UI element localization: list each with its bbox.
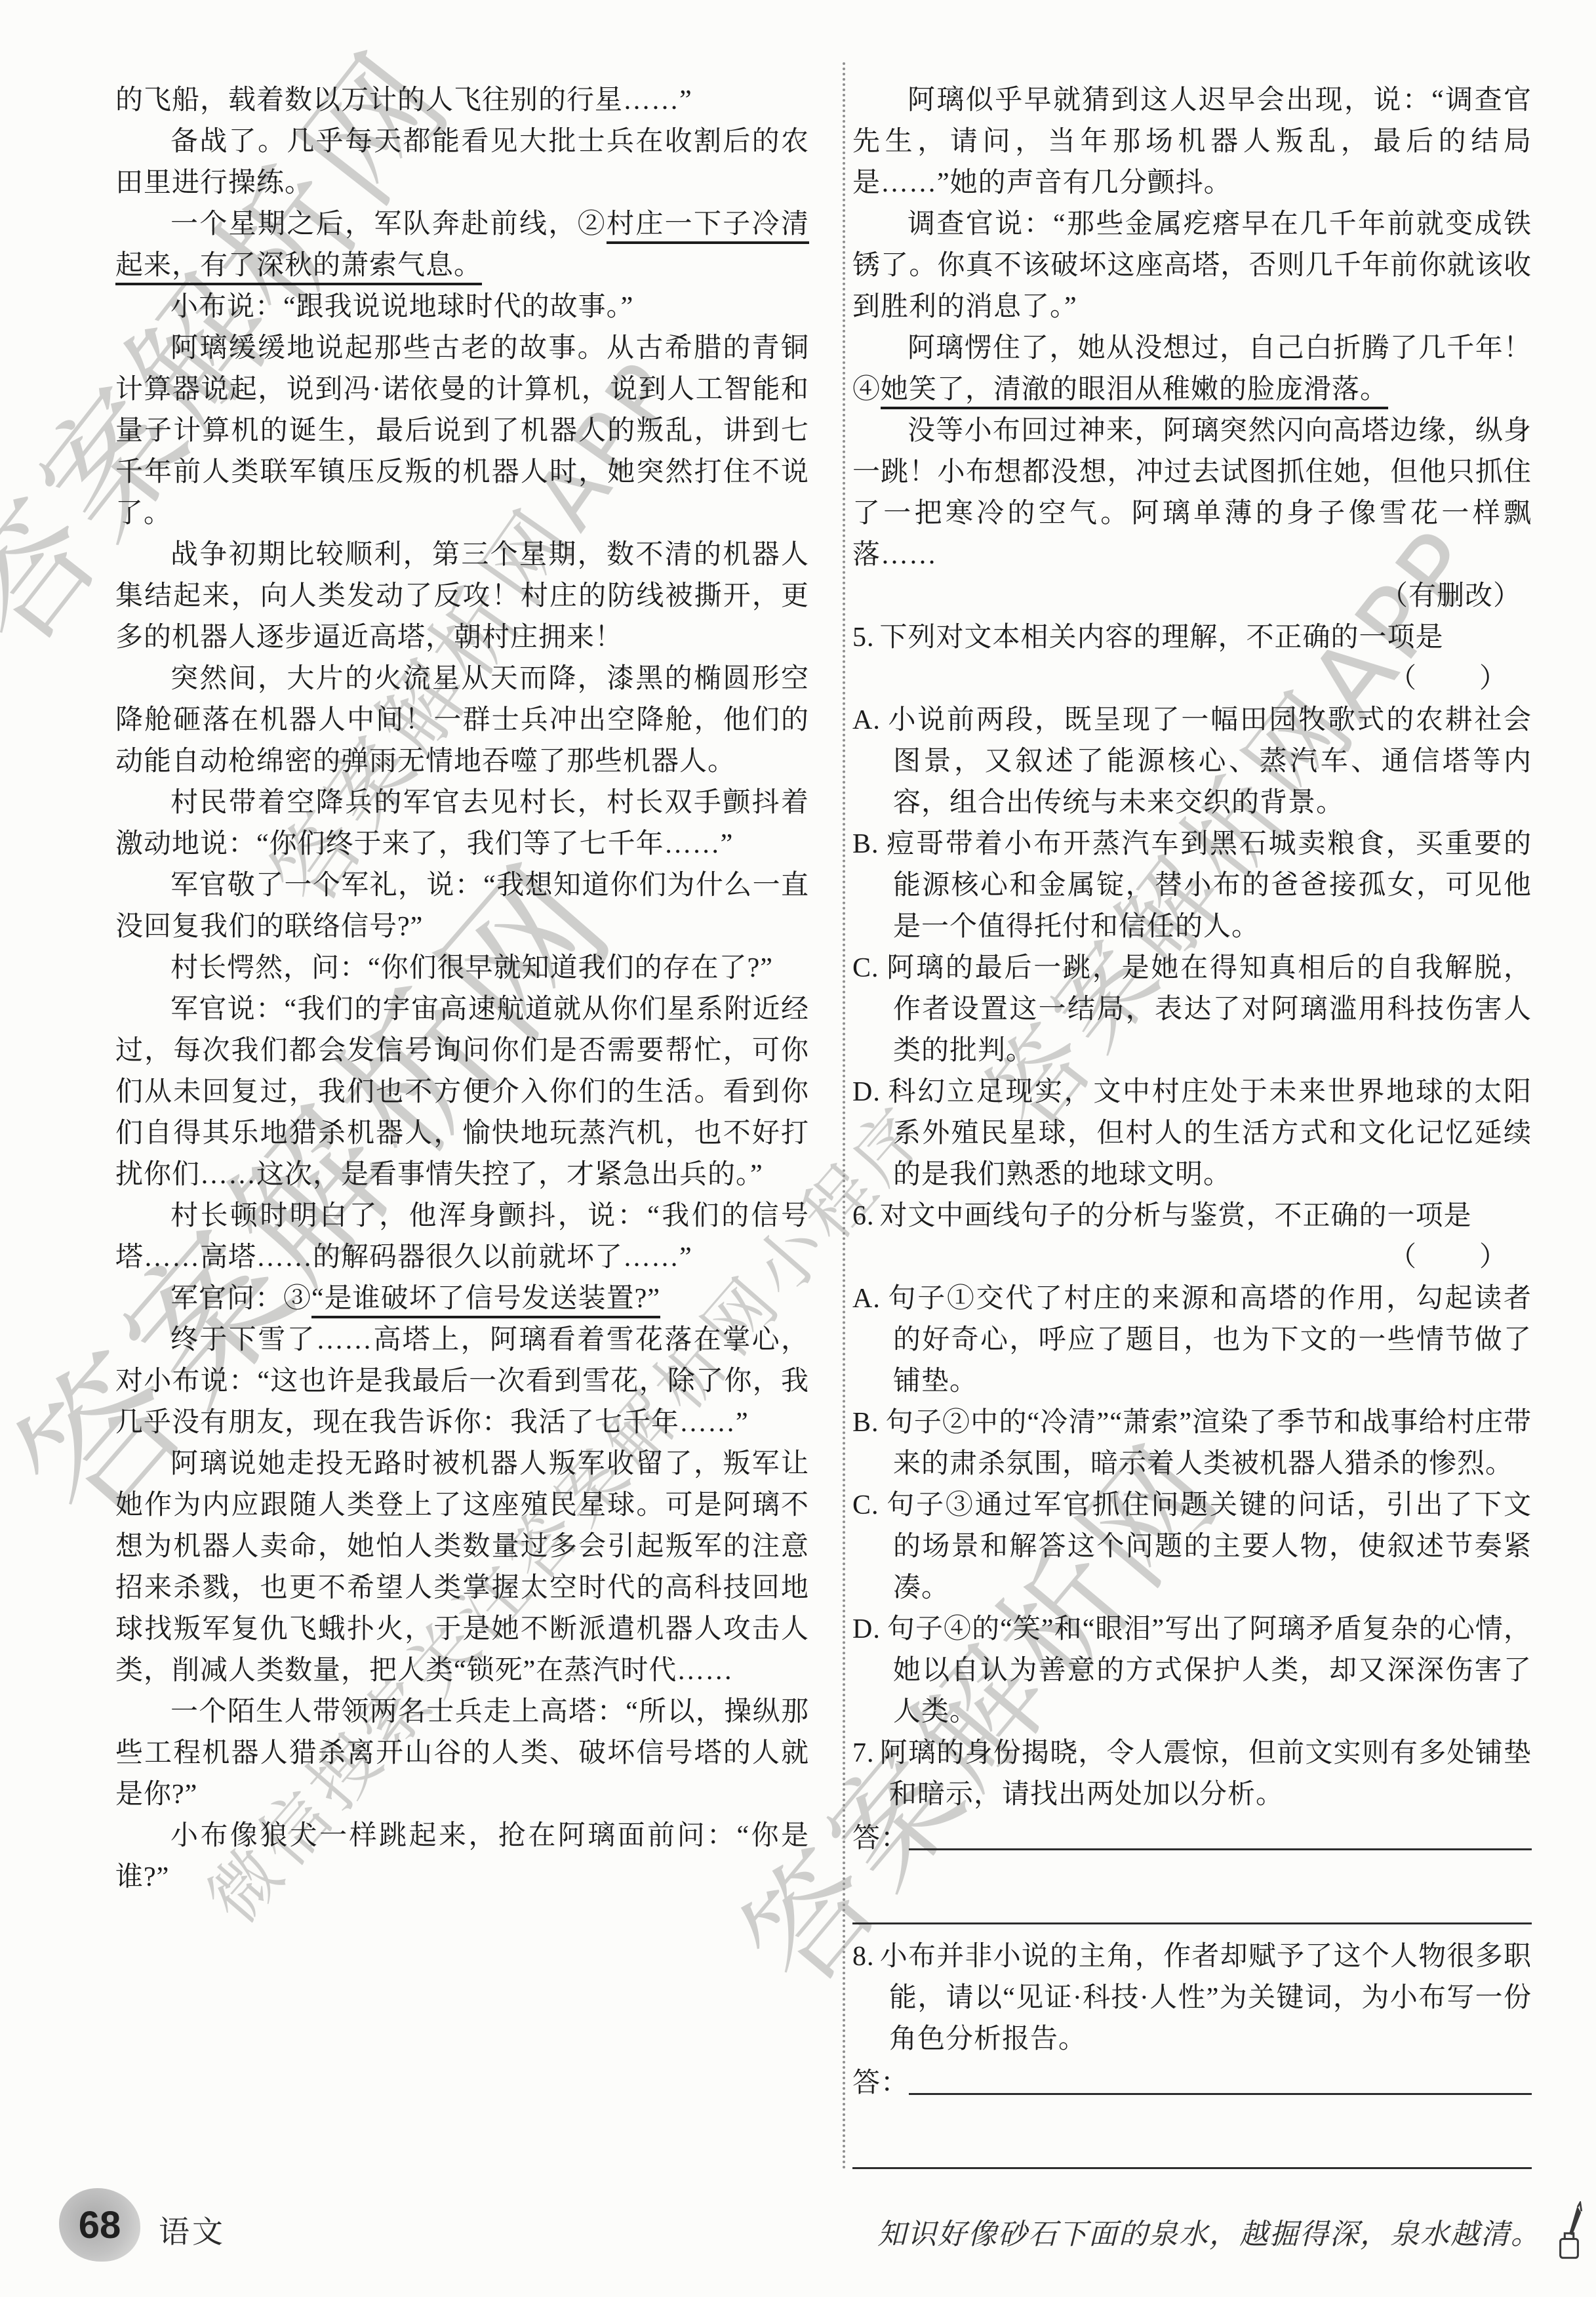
question-stem-text: 小布并非小说的主角，作者却赋予了这个人物很多职能，请以“见证·科技·人性”为关键… (880, 1941, 1532, 2054)
option-letter: D. (852, 1077, 881, 1107)
source-note: （有删改） (852, 576, 1532, 617)
text-segment: 调查官说：“那些金属疙瘩早在几千年前就变成铁锈了。你真不该破坏这座高塔，否则几千… (852, 209, 1532, 322)
text-segment: 村长愕然，问：“你们很早就知道我们的存在了?” (170, 953, 773, 983)
story-paragraph: 军官敬了一个军礼，说：“我想知道你们为什么一直没回复我们的联络信号?” (115, 865, 809, 948)
option-letter: B. (852, 829, 879, 859)
question-stem-text: 阿璃的身份揭晓，令人震惊，但前文实则有多处铺垫和暗示，请找出两处加以分析。 (880, 1738, 1532, 1810)
answer-blank-line (852, 2104, 1532, 2169)
text-segment: 村长顿时明白了，他浑身颤抖，说：“我们的信号塔……高塔……的解码器很久以前就坏了… (115, 1201, 809, 1272)
option-B: B.痘哥带着小布开蒸汽车到黑石城卖粮食，买重要的能源核心和金属锭，替小布的爸爸接… (852, 824, 1532, 948)
question-5: 5.下列对文本相关内容的理解，不正确的一项是（ ）A.小说前两段，既呈现了一幅田… (852, 617, 1532, 1196)
story-paragraph: 一个陌生人带领两名士兵走上高塔：“所以，操纵那些工程机器人猎杀离开山谷的人类、破… (115, 1692, 809, 1816)
subject-label: 语文 (159, 2208, 226, 2252)
text-segment: 军官问：③ (170, 1284, 311, 1314)
exam-page: 答案解析网答案解析网APP答案解析网微信搜索关注答案解析网小程序答案解析网APP… (0, 0, 1596, 2297)
question-number: 5. (852, 622, 875, 653)
story-paragraph: 小布说：“跟我说说地球时代的故事。” (115, 287, 809, 328)
story-paragraph: 阿璃缓缓地说起那些古老的故事。从古希腊的青铜计算器说起，说到冯·诺依曼的计算机，… (115, 328, 809, 535)
text-segment: 战争初期比较顺利，第三个星期，数不清的机器人集结起来，向人类发动了反攻！村庄的防… (115, 540, 809, 653)
story-paragraph: 军官问：③“是谁破坏了信号发送装置?” (115, 1278, 809, 1320)
story-paragraph: 的飞船，载着数以万计的人飞往别的行星……” (115, 80, 809, 121)
answer-blank-line (909, 2067, 1532, 2095)
story-paragraph: 一个星期之后，军队奔赴前线，②村庄一下子冷清起来，有了深秋的萧索气息。 (115, 204, 809, 287)
answer-row: 答： (852, 1818, 1532, 1860)
answer-row: 答： (852, 2063, 1532, 2104)
story-paragraph: 村长顿时明白了，他浑身颤抖，说：“我们的信号塔……高塔……的解码器很久以前就坏了… (115, 1196, 809, 1278)
option-letter: C. (852, 1490, 879, 1520)
story-paragraph: 小布像狼犬一样跳起来，抢在阿璃面前问：“你是谁?” (115, 1816, 809, 1898)
text-segment: 没等小布回过神来，阿璃突然闪向高塔边缘，纵身一跳！小布想都没想，冲过去试图抓住她… (852, 416, 1532, 570)
option-D: D.句子④的“笑”和“眼泪”写出了阿璃矛盾复杂的心情，她以自认为善意的方式保护人… (852, 1609, 1532, 1733)
text-segment: 一个陌生人带领两名士兵走上高塔：“所以，操纵那些工程机器人猎杀离开山谷的人类、破… (115, 1697, 809, 1810)
option-letter: A. (852, 1284, 881, 1314)
option-letter: C. (852, 953, 879, 983)
left-column: 的飞船，载着数以万计的人飞往别的行星……”备战了。几乎每天都能看见大批士兵在收割… (115, 80, 809, 1898)
question-number: 6. (852, 1201, 875, 1231)
text-segment: 阿璃缓缓地说起那些古老的故事。从古希腊的青铜计算器说起，说到冯·诺依曼的计算机，… (115, 333, 809, 529)
underlined-sentence: “是谁破坏了信号发送装置?” (311, 1284, 660, 1314)
option-D: D.科幻立足现实，文中村庄处于未来世界地球的太阳系外殖民星球，但村人的生活方式和… (852, 1072, 1532, 1196)
column-divider (843, 62, 845, 2171)
right-column: 阿璃似乎早就猜到这人迟早会出现，说：“调查官先生，请问，当年那场机器人叛乱，最后… (852, 80, 1532, 2181)
question-6: 6.对文中画线句子的分析与鉴赏，不正确的一项是（ ）A.句子①交代了村庄的来源和… (852, 1196, 1532, 1733)
question-stem: 8.小布并非小说的主角，作者却赋予了这个人物很多职能，请以“见证·科技·人性”为… (852, 1936, 1532, 2060)
text-segment: 阿璃说她走投无路时被机器人叛军收留了，叛军让她作为内应跟随人类登上了这座殖民星球… (115, 1449, 809, 1686)
text-segment: 阿璃似乎早就猜到这人迟早会出现，说：“调查官先生，请问，当年那场机器人叛乱，最后… (852, 85, 1532, 198)
option-letter: D. (852, 1614, 881, 1644)
answer-bracket: （ ） (852, 1237, 1532, 1278)
ink-pen-icon (1554, 2201, 1584, 2262)
question-stem-text: 下列对文本相关内容的理解，不正确的一项是 (880, 622, 1444, 653)
text-segment: 一个星期之后，军队奔赴前线，② (170, 209, 607, 239)
question-stem: 6.对文中画线句子的分析与鉴赏，不正确的一项是 (852, 1196, 1532, 1237)
answer-label: 答： (852, 1818, 909, 1860)
text-segment: 突然间，大片的火流星从天而降，漆黑的椭圆形空降舱砸落在机器人中间！一群士兵冲出空… (115, 664, 809, 777)
option-C: C.阿璃的最后一跳，是她在得知真相后的自我解脱，作者设置这一结局，表达了对阿璃滥… (852, 948, 1532, 1072)
option-B: B.句子②中的“冷清”“萧索”渲染了季节和战事给村庄带来的肃杀氛围，暗示着人类被… (852, 1402, 1532, 1485)
answer-blank-line (909, 1822, 1532, 1850)
answer-bracket: （ ） (852, 659, 1532, 700)
option-text: 痘哥带着小布开蒸汽车到黑石城卖粮食，买重要的能源核心和金属锭，替小布的爸爸接孤女… (886, 829, 1532, 942)
option-text: 句子②中的“冷清”“萧索”渲染了季节和战事给村庄带来的肃杀氛围，暗示着人类被机器… (886, 1408, 1532, 1479)
story-paragraph: 村长愕然，问：“你们很早就知道我们的存在了?” (115, 948, 809, 989)
option-C: C.句子③通过军官抓住问题关键的问话，引出了下文的场景和解答这个问题的主要人物，… (852, 1485, 1532, 1609)
question-number: 7. (852, 1738, 875, 1768)
question-stem-text: 对文中画线句子的分析与鉴赏，不正确的一项是 (880, 1201, 1472, 1231)
question-8: 8.小布并非小说的主角，作者却赋予了这个人物很多职能，请以“见证·科技·人性”为… (852, 1936, 1532, 2169)
text-segment: 军官敬了一个军礼，说：“我想知道你们为什么一直没回复我们的联络信号?” (115, 870, 809, 942)
story-paragraph: 没等小布回过神来，阿璃突然闪向高塔边缘，纵身一跳！小布想都没想，冲过去试图抓住她… (852, 411, 1532, 576)
story-paragraph: 阿璃愣住了，她从没想过，自己白折腾了几千年！④她笑了，清澈的眼泪从稚嫩的脸庞滑落… (852, 328, 1532, 411)
text-segment: 终于下雪了……高塔上，阿璃看着雪花落在掌心，对小布说：“这也许是我最后一次看到雪… (115, 1325, 809, 1438)
story-paragraph: 突然间，大片的火流星从天而降，漆黑的椭圆形空降舱砸落在机器人中间！一群士兵冲出空… (115, 659, 809, 783)
text-segment: 小布像狼犬一样跳起来，抢在阿璃面前问：“你是谁?” (115, 1821, 809, 1892)
story-paragraph: 军官说：“我们的宇宙高速航道就从你们星系附近经过，每次我们都会发信号询问你们是否… (115, 989, 809, 1196)
text-segment: 的飞船，载着数以万计的人飞往别的行星……” (115, 85, 692, 115)
page-number-badge: 68 (59, 2188, 140, 2262)
answer-label: 答： (852, 2063, 909, 2104)
question-stem: 5.下列对文本相关内容的理解，不正确的一项是 (852, 617, 1532, 659)
text-segment: 小布说：“跟我说说地球时代的故事。” (170, 292, 633, 322)
question-7: 7.阿璃的身份揭晓，令人震惊，但前文实则有多处铺垫和暗示，请找出两处加以分析。答… (852, 1733, 1532, 1924)
option-text: 阿璃的最后一跳，是她在得知真相后的自我解脱，作者设置这一结局，表达了对阿璃滥用科… (886, 953, 1532, 1066)
option-A: A.句子①交代了村庄的来源和高塔的作用，勾起读者的好奇心，呼应了题目，也为下文的… (852, 1278, 1532, 1402)
story-paragraph: 调查官说：“那些金属疙瘩早在几千年前就变成铁锈了。你真不该破坏这座高塔，否则几千… (852, 204, 1532, 328)
option-text: 句子③通过军官抓住问题关键的问话，引出了下文的场景和解答这个问题的主要人物，使叙… (886, 1490, 1532, 1603)
footer-quote: 知识好像砂石下面的泉水，越掘得深，泉水越清。 (877, 2210, 1541, 2252)
story-paragraph: 阿璃似乎早就猜到这人迟早会出现，说：“调查官先生，请问，当年那场机器人叛乱，最后… (852, 80, 1532, 204)
story-paragraph: 备战了。几乎每天都能看见大批士兵在收割后的农田里进行操练。 (115, 121, 809, 204)
answer-blank-line (852, 1860, 1532, 1924)
underlined-sentence: 她笑了，清澈的眼泪从稚嫩的脸庞滑落。 (881, 375, 1388, 405)
story-paragraph: 终于下雪了……高塔上，阿璃看着雪花落在掌心，对小布说：“这也许是我最后一次看到雪… (115, 1320, 809, 1444)
story-paragraph: 战争初期比较顺利，第三个星期，数不清的机器人集结起来，向人类发动了反攻！村庄的防… (115, 535, 809, 659)
text-segment: 村民带着空降兵的军官去见村长，村长双手颤抖着激动地说：“你们终于来了，我们等了七… (115, 788, 809, 859)
page-number: 68 (79, 2203, 121, 2247)
option-A: A.小说前两段，既呈现了一幅田园牧歌式的农耕社会图景，又叙述了能源核心、蒸汽车、… (852, 700, 1532, 824)
footer-quote-row: 知识好像砂石下面的泉水，越掘得深，泉水越清。 (877, 2201, 1572, 2262)
option-text: 句子④的“笑”和“眼泪”写出了阿璃矛盾复杂的心情，她以自认为善意的方式保护人类，… (887, 1614, 1532, 1727)
story-paragraph: 村民带着空降兵的军官去见村长，村长双手颤抖着激动地说：“你们终于来了，我们等了七… (115, 783, 809, 865)
option-text: 科幻立足现实，文中村庄处于未来世界地球的太阳系外殖民星球，但村人的生活方式和文化… (887, 1077, 1532, 1190)
option-letter: A. (852, 705, 881, 735)
option-text: 小说前两段，既呈现了一幅田园牧歌式的农耕社会图景，又叙述了能源核心、蒸汽车、通信… (887, 705, 1532, 818)
text-segment: 军官说：“我们的宇宙高速航道就从你们星系附近经过，每次我们都会发信号询问你们是否… (115, 994, 809, 1190)
question-number: 8. (852, 1941, 875, 1972)
option-letter: B. (852, 1408, 879, 1438)
story-paragraph: 阿璃说她走投无路时被机器人叛军收留了，叛军让她作为内应跟随人类登上了这座殖民星球… (115, 1444, 809, 1692)
option-text: 句子①交代了村庄的来源和高塔的作用，勾起读者的好奇心，呼应了题目，也为下文的一些… (887, 1284, 1532, 1396)
question-stem: 7.阿璃的身份揭晓，令人震惊，但前文实则有多处铺垫和暗示，请找出两处加以分析。 (852, 1733, 1532, 1816)
text-segment: 备战了。几乎每天都能看见大批士兵在收割后的农田里进行操练。 (115, 127, 809, 198)
